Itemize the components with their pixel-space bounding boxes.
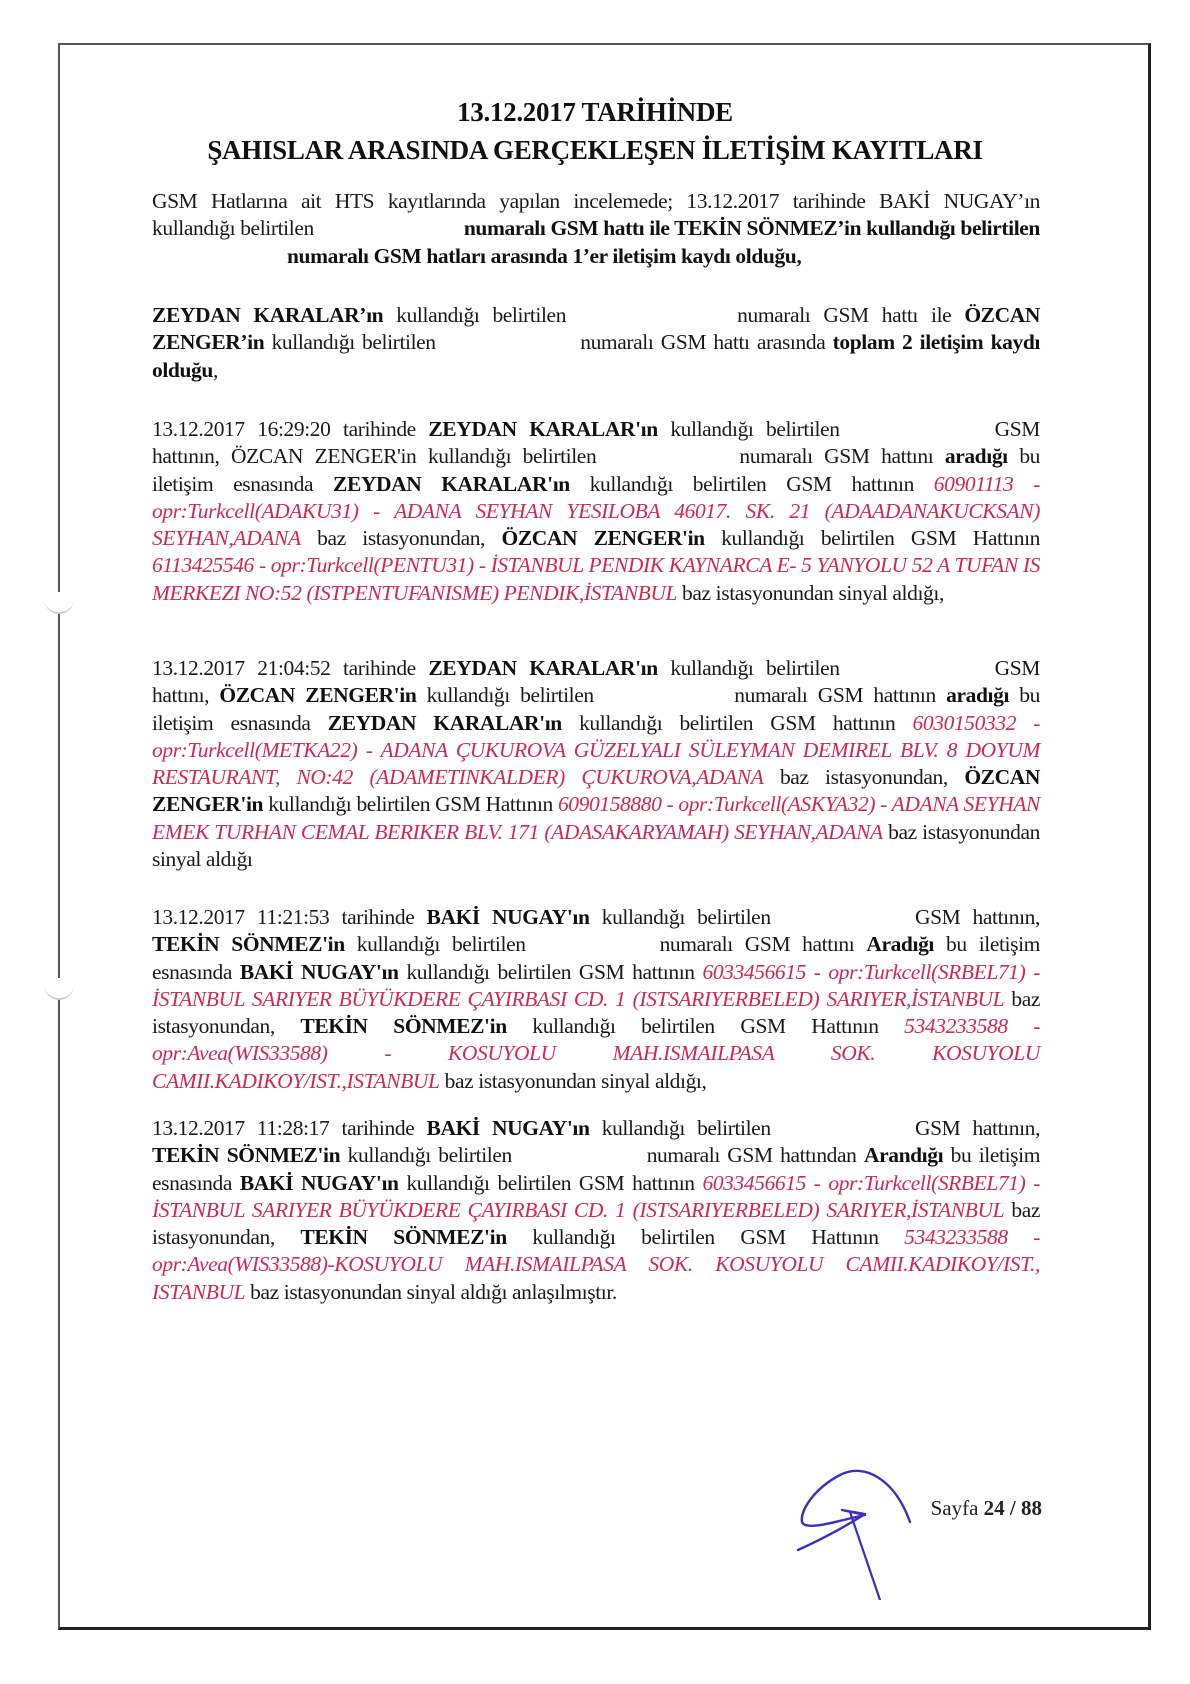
callee-name: TEKİN SÖNMEZ'in xyxy=(300,1225,506,1249)
caller-name: BAKİ NUGAY'ın xyxy=(427,905,590,929)
call-action: Aradığı xyxy=(866,932,934,956)
call-action: Arandığı xyxy=(864,1143,943,1167)
page-number: Sayfa 24 / 88 xyxy=(931,1496,1042,1521)
call-record: 13.12.2017 11:28:17 tarihinde BAKİ NUGAY… xyxy=(152,1115,1040,1306)
caller-name: BAKİ NUGAY'ın xyxy=(427,1116,590,1140)
record-timestamp: 13.12.2017 16:29:20 xyxy=(152,417,331,441)
summary-paragraph-baki-tekin: GSM Hatlarına ait HTS kayıtlarında yapıl… xyxy=(152,188,1040,270)
page-total: 88 xyxy=(1021,1496,1042,1520)
call-action: aradığı xyxy=(945,444,1008,468)
document-title-date: 13.12.2017 TARİHİNDE xyxy=(150,97,1040,128)
record-timestamp: 13.12.2017 11:28:17 xyxy=(152,1116,329,1140)
call-record: 13.12.2017 16:29:20 tarihinde ZEYDAN KAR… xyxy=(152,416,1040,607)
callee-name: TEKİN SÖNMEZ'in xyxy=(300,1014,506,1038)
summary-paragraph-zeydan-ozcan: ZEYDAN KARALAR’ın kullandığı belirtilen … xyxy=(152,302,1040,384)
caller-name: ZEYDAN KARALAR'ın xyxy=(428,656,657,680)
page-current: 24 xyxy=(984,1496,1005,1520)
record-timestamp: 13.12.2017 21:04:52 xyxy=(152,656,331,680)
call-record: 13.12.2017 11:21:53 tarihinde BAKİ NUGAY… xyxy=(152,904,1040,1095)
caller-name: ZEYDAN KARALAR'ın xyxy=(428,417,657,441)
call-action: aradığı xyxy=(946,683,1009,707)
record-timestamp: 13.12.2017 11:21:53 xyxy=(152,905,329,929)
callee-name: ÖZCAN ZENGER'in xyxy=(502,526,705,550)
document-title: ŞAHISLAR ARASINDA GERÇEKLEŞEN İLETİŞİM K… xyxy=(150,135,1040,166)
call-record: 13.12.2017 21:04:52 tarihinde ZEYDAN KAR… xyxy=(152,655,1040,873)
